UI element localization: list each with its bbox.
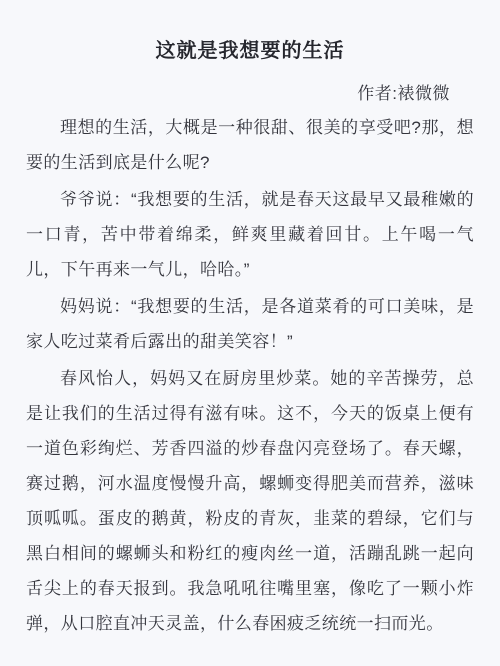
paragraph-intro: 理想的生活，大概是一种很甜、很美的享受吧?那，想要的生活到底是什么呢? [26,110,474,180]
article-title: 这就是我想要的生活 [26,34,474,63]
article-page: 这就是我想要的生活 作者:裱微微 理想的生活，大概是一种很甜、很美的享受吧?那，… [0,0,500,666]
paragraph-mom-quote: 妈妈说：“我想要的生活，是各道菜肴的可口美味，是家人吃过菜肴后露出的甜美笑容！” [26,289,474,359]
paragraph-grandpa-quote: 爷爷说：“我想要的生活，就是春天这最早又最稚嫩的一口青，苦中带着绵柔，鲜爽里藏着… [26,182,474,287]
paragraph-spring-dish: 春风怡人，妈妈又在厨房里炒菜。她的辛苦操劳，总是让我们的生活过得有滋有味。这不，… [26,361,474,641]
article-body: 理想的生活，大概是一种很甜、很美的享受吧?那，想要的生活到底是什么呢? 爷爷说：… [26,110,474,641]
article-author: 作者:裱微微 [26,79,474,104]
